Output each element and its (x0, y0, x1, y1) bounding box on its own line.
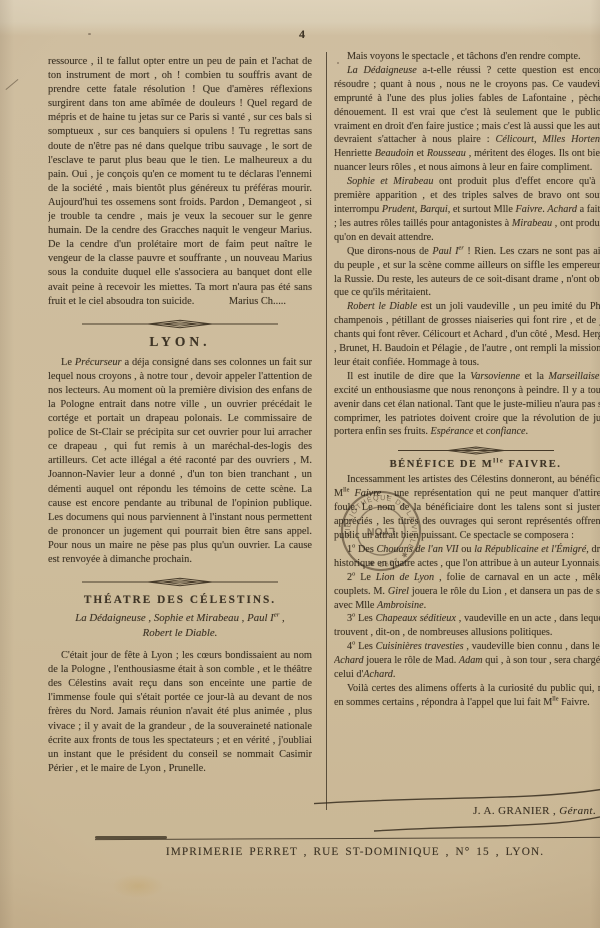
column-divider-rule (326, 52, 327, 810)
paragraph-spectacle: Mais voyons le spectacle , et tâchons d'… (334, 50, 600, 64)
theatre-subtitle-line1: La Dédaigneuse , Sophie et Mirabeau , Pa… (48, 611, 312, 626)
lyon-heading: LYON. (48, 334, 312, 350)
paragraph-paul-premier: Que dirons-nous de Paul Ier ! Rien. Les … (334, 245, 600, 301)
section-ornament (396, 445, 556, 456)
printer-imprint: IMPRIMERIE PERRET , RUE ST-DOMINIQUE , N… (110, 846, 600, 858)
paragraph-robert-le-diable: Robert le Diable est un joli vaudeville … (334, 300, 600, 370)
newspaper-page: { "page": { "number": "4" }, "left_colum… (0, 0, 600, 928)
svg-text:LYON: LYON (367, 525, 395, 537)
paragraph-varsovienne: Il est inutile de dire que la Varsovienn… (334, 370, 600, 440)
paragraph-lyon: Le Précurseur a déja consigné dans ses c… (48, 356, 312, 567)
footer-rule (95, 837, 600, 841)
paragraph-benefice-closing: Voilà certes des alimens offerts à la cu… (334, 682, 600, 710)
program-item-4: 4o Les Cuisinières travesties , vaudevil… (334, 640, 600, 682)
paragraph-suicide: ressource , il te fallut opter entre un … (48, 55, 312, 309)
left-column: ressource , il te fallut opter entre un … (48, 55, 312, 830)
section-ornament (80, 318, 280, 330)
right-column: Mais voyons le spectacle , et tâchons d'… (334, 50, 600, 802)
gerant-signature: J. A. GRANIER , Gérant. (340, 805, 596, 817)
paragraph-theatre: C'était jour de fête à Lyon ; les cœurs … (48, 649, 312, 776)
paper-scratch (5, 79, 18, 90)
benefice-heading: BÉNÉFICE DE Mlle FAIVRE. (334, 459, 600, 470)
theatre-heading: THÉATRE DES CÉLESTINS. (48, 594, 312, 606)
theatre-subtitle-line2: Robert le Diable. (48, 626, 312, 641)
program-item-3: 3o Les Chapeaux séditieux , vaudeville e… (334, 612, 600, 640)
section-ornament (80, 576, 280, 588)
paragraph-dedaigneuse: La Dédaigneuse a-t-elle réussi ? cette q… (334, 64, 600, 175)
paragraph-sophie-mirabeau: Sophie et Mirabeau ont produit plus d'ef… (334, 175, 600, 245)
footer-rule-stub (95, 836, 167, 839)
ink-speck (88, 33, 91, 35)
paper-stain (112, 874, 164, 898)
page-number: 4 (282, 27, 322, 42)
